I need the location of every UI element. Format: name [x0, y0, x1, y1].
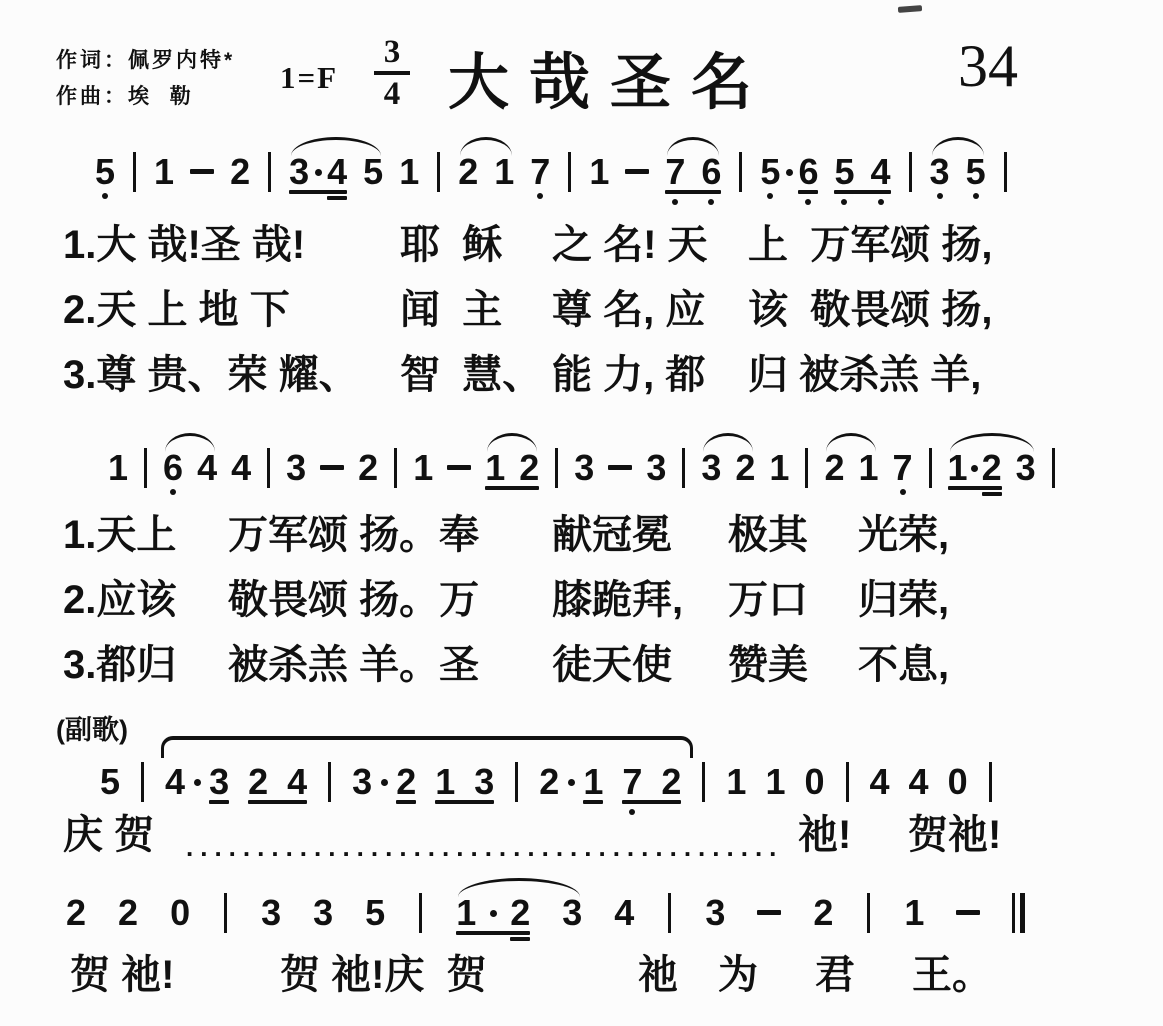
lyric-segment: 归 被杀羔 羊,	[748, 352, 981, 398]
lyric-segment: 不息,	[858, 642, 949, 688]
lyric-segment: 为	[718, 952, 758, 998]
beam-underline	[289, 190, 347, 194]
beam-underline	[622, 800, 681, 804]
music-note: 2	[510, 893, 530, 933]
music-note: 3	[574, 448, 594, 488]
music-note: 4	[909, 762, 929, 802]
barline	[909, 152, 912, 192]
lyric-segment: 敬畏颂 扬。万	[228, 577, 479, 623]
slur-arc	[826, 433, 876, 452]
music-note: 4	[614, 893, 634, 933]
music-note: 2	[735, 448, 755, 488]
beam-underline	[834, 190, 891, 194]
music-note: 7	[622, 762, 642, 802]
lyric-segment: 能 力, 都	[552, 352, 705, 398]
barline	[929, 448, 932, 488]
barline	[268, 152, 271, 192]
hymn-sheet-page: 作词：佩罗内特* 作曲：埃 勒 1=F 3 4 大哉圣名 34 51234512…	[0, 0, 1163, 1026]
barline	[1004, 152, 1007, 192]
music-line-0: 5123451217176565435	[95, 152, 1009, 192]
augmentation-dot	[970, 448, 980, 488]
music-note: 3	[562, 893, 582, 933]
music-note: 3	[646, 448, 666, 488]
low-octave-dot	[937, 193, 943, 199]
beam-underline	[327, 196, 347, 200]
lyric-segment: 万口	[728, 577, 808, 623]
barline	[739, 152, 742, 192]
lyric-dots: ........................................…	[186, 824, 783, 870]
lyric-segment: 3.尊 贵、荣 耀、	[63, 352, 359, 398]
music-note: 7	[665, 152, 685, 192]
page-title: 大哉圣名	[448, 34, 772, 121]
lyric-segment: 2.天 上 地 下	[63, 287, 290, 333]
music-note: 2	[824, 448, 844, 488]
low-octave-dot	[973, 193, 979, 199]
barline	[1052, 448, 1055, 488]
music-note: 1	[154, 152, 174, 192]
low-octave-dot	[672, 199, 678, 205]
lyric-segment: 膝跪拜,	[552, 577, 683, 623]
beam-underline	[510, 937, 530, 941]
music-note: 3	[352, 762, 372, 802]
lyric-segment: 归荣,	[858, 577, 949, 623]
music-note: 1	[589, 152, 609, 192]
lyric-segment: 献冠冕	[552, 512, 672, 558]
lyric-segment: 万军颂 扬。奉	[228, 512, 479, 558]
lyric-segment: 尊 名, 应	[552, 287, 705, 333]
beam-underline	[948, 486, 1002, 490]
music-note: 3	[289, 152, 309, 192]
music-note: 4	[870, 762, 890, 802]
augmentation-dot	[192, 762, 202, 802]
phrase-mark	[161, 736, 693, 758]
augmentation-dot	[566, 762, 576, 802]
music-note: 4	[165, 762, 185, 802]
lyricist-credit: 作词：佩罗内特*	[56, 44, 235, 74]
lyric-segment: 光荣,	[858, 512, 949, 558]
barline	[867, 893, 870, 933]
music-note: 3	[209, 762, 229, 802]
barline	[515, 762, 518, 802]
music-note: 3	[261, 893, 281, 933]
dash-note	[956, 893, 980, 933]
barline	[328, 762, 331, 802]
dash-note	[757, 893, 781, 933]
music-note: 1	[399, 152, 419, 192]
page-number: 34	[958, 32, 1018, 101]
slur-arc	[458, 878, 580, 897]
slur-arc	[932, 137, 984, 156]
lyric-segment: 祂	[638, 952, 678, 998]
barline	[555, 448, 558, 488]
music-note: 1	[413, 448, 433, 488]
lyric-segment: 赞美	[728, 642, 808, 688]
barline	[267, 448, 270, 488]
music-note: 5	[760, 152, 780, 192]
music-note: 1	[456, 893, 476, 933]
beam-underline	[396, 800, 416, 804]
barline	[682, 448, 685, 488]
slur-arc	[667, 137, 719, 156]
beam-underline	[456, 931, 530, 935]
music-note: 1	[726, 762, 746, 802]
music-note: 2	[458, 152, 478, 192]
music-note: 5	[834, 152, 854, 192]
music-note: 1	[769, 448, 789, 488]
music-note: 4	[197, 448, 217, 488]
beam-underline	[982, 492, 1002, 496]
barline	[702, 762, 705, 802]
dash-note	[190, 152, 214, 192]
lyric-segment: 之 名! 天	[552, 222, 708, 268]
music-note: 7	[530, 152, 550, 192]
lyric-segment: 贺 祂!	[70, 952, 174, 998]
music-note: 1	[904, 893, 924, 933]
lyric-segment: 贺祂!	[908, 812, 1001, 858]
beam-underline	[798, 190, 818, 194]
music-note: 2	[519, 448, 539, 488]
music-note: 2	[982, 448, 1002, 488]
music-note: 4	[871, 152, 891, 192]
music-note: 2	[539, 762, 559, 802]
barline	[805, 448, 808, 488]
music-note: 2	[358, 448, 378, 488]
barline	[568, 152, 571, 192]
lyric-segment: 1.天上	[63, 512, 176, 558]
beam-underline	[665, 190, 721, 194]
beam-underline	[435, 800, 494, 804]
lyric-segment: 2.应该	[63, 577, 176, 623]
music-note: 4	[327, 152, 347, 192]
augmentation-dot	[379, 762, 389, 802]
scan-artifact	[898, 5, 922, 13]
music-note: 3	[1016, 448, 1036, 488]
music-note: 3	[930, 152, 950, 192]
low-octave-dot	[767, 193, 773, 199]
final-barline	[1012, 893, 1026, 933]
music-note: 0	[804, 762, 824, 802]
dash-note	[320, 448, 344, 488]
music-note: 7	[893, 448, 913, 488]
music-note: 4	[231, 448, 251, 488]
low-octave-dot	[537, 193, 543, 199]
beam-underline	[209, 800, 229, 804]
music-note: 5	[966, 152, 986, 192]
low-octave-dot	[170, 489, 176, 495]
augmentation-dot	[784, 152, 794, 192]
music-note: 0	[948, 762, 968, 802]
music-note: 5	[365, 893, 385, 933]
composer-credit: 作曲：埃 勒	[56, 80, 194, 110]
music-note: 6	[163, 448, 183, 488]
lyric-segment: 耶 稣	[400, 222, 502, 268]
music-note: 1	[485, 448, 505, 488]
lyric-segment: 1.大 哉!圣 哉!	[63, 222, 305, 268]
music-note: 5	[95, 152, 115, 192]
chorus-label: (副歌)	[56, 708, 128, 747]
music-note: 3	[286, 448, 306, 488]
barline	[224, 893, 227, 933]
low-octave-dot	[878, 199, 884, 205]
music-note: 6	[701, 152, 721, 192]
low-octave-dot	[708, 199, 714, 205]
music-note: 2	[230, 152, 250, 192]
low-octave-dot	[841, 199, 847, 205]
music-note: 6	[798, 152, 818, 192]
barline	[437, 152, 440, 192]
music-note: 3	[474, 762, 494, 802]
music-note: 1	[494, 152, 514, 192]
dash-note	[447, 448, 471, 488]
barline	[668, 893, 671, 933]
lyric-segment: 贺 祂!庆 贺	[280, 952, 487, 998]
lyric-segment: 闻 主	[400, 287, 502, 333]
music-note: 5	[363, 152, 383, 192]
music-note: 2	[661, 762, 681, 802]
barline	[144, 448, 147, 488]
music-note: 1	[765, 762, 785, 802]
augmentation-dot	[488, 893, 498, 933]
music-note: 1	[435, 762, 455, 802]
music-note: 3	[313, 893, 333, 933]
music-note: 1	[948, 448, 968, 488]
music-note: 1	[858, 448, 878, 488]
slur-arc	[165, 433, 215, 452]
beam-underline	[583, 800, 603, 804]
music-note: 4	[287, 762, 307, 802]
time-signature-denominator: 4	[374, 75, 410, 112]
augmentation-dot	[313, 152, 323, 192]
music-note: 2	[248, 762, 268, 802]
slur-arc	[950, 433, 1034, 452]
music-note: 3	[701, 448, 721, 488]
time-signature: 3 4	[374, 34, 410, 112]
lyric-segment: 极其	[728, 512, 808, 558]
low-octave-dot	[629, 809, 635, 815]
lyric-segment: 王。	[912, 952, 992, 998]
music-line-2: 5432432132172110440	[100, 762, 994, 802]
low-octave-dot	[102, 193, 108, 199]
beam-underline	[248, 800, 307, 804]
lyric-segment: 3.都归	[63, 642, 176, 688]
beam-underline	[485, 486, 539, 490]
music-note: 2	[118, 893, 138, 933]
lyric-segment: 该 敬畏颂 扬,	[748, 287, 992, 333]
music-note: 5	[100, 762, 120, 802]
slur-arc	[460, 137, 512, 156]
barline	[846, 762, 849, 802]
lyric-segment: 徒天使	[552, 642, 672, 688]
slur-arc	[291, 137, 381, 156]
low-octave-dot	[900, 489, 906, 495]
music-note: 1	[583, 762, 603, 802]
music-note: 1	[108, 448, 128, 488]
dash-note	[608, 448, 632, 488]
barline	[141, 762, 144, 802]
music-note: 0	[170, 893, 190, 933]
slur-arc	[703, 433, 753, 452]
barline	[394, 448, 397, 488]
music-note: 3	[705, 893, 725, 933]
slur-arc	[487, 433, 537, 452]
music-note: 2	[396, 762, 416, 802]
low-octave-dot	[805, 199, 811, 205]
lyric-segment: 智 慧、	[400, 352, 542, 398]
lyric-segment: 庆 贺	[63, 812, 154, 858]
lyric-segment: 君	[815, 952, 855, 998]
music-line-1: 16443211233321217123	[108, 448, 1057, 488]
music-note: 2	[813, 893, 833, 933]
lyric-segment: 被杀羔 羊。圣	[228, 642, 479, 688]
barline	[419, 893, 422, 933]
barline	[989, 762, 992, 802]
dash-note	[625, 152, 649, 192]
lyric-segment: 上 万军颂 扬,	[748, 222, 992, 268]
key-signature: 1=F	[280, 60, 338, 96]
lyric-segment: 祂!	[798, 812, 851, 858]
music-note: 2	[66, 893, 86, 933]
time-signature-numerator: 3	[374, 34, 410, 75]
music-line-3: 2203351234321	[66, 893, 1026, 933]
barline	[133, 152, 136, 192]
